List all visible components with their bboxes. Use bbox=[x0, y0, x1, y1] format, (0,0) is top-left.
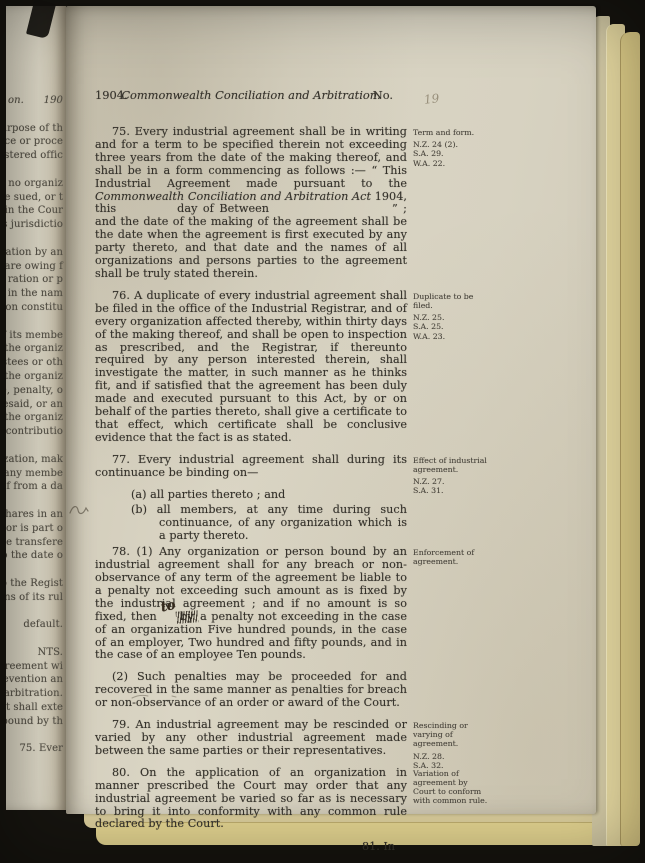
section-75: 75. Every industrial agreement shall be … bbox=[95, 126, 407, 281]
photographed-document-scene: on. 190 urpose of th otice or proce egis… bbox=[0, 0, 645, 863]
section-75-paragraph: 75. Every industrial agreement shall be … bbox=[95, 126, 407, 281]
margin-note-80: Variation of agreement by Court to confo… bbox=[413, 769, 489, 809]
handwritten-margin-squiggle bbox=[68, 502, 90, 518]
document-page: 19 1904. Commonwealth Conciliation and A… bbox=[66, 6, 596, 814]
section-78-sub1: 78. (1) Any organization or person bound… bbox=[95, 546, 407, 662]
section-75-between: Between bbox=[219, 202, 269, 215]
margin-note-78-title: Enforcement of agreement. bbox=[413, 548, 489, 566]
act-name-italic: Commonwealth Conciliation and Arbitratio… bbox=[95, 190, 371, 203]
margin-note-77-refs: N.Z. 27. S.A. 31. bbox=[413, 477, 489, 495]
margin-note-77-title: Effect of industrial agreement. bbox=[413, 456, 489, 474]
section-76: 76. A duplicate of every industrial agre… bbox=[95, 290, 407, 445]
catchword: 81. In bbox=[95, 840, 407, 853]
margin-note-79-title: Rescinding or varying of agreement. bbox=[413, 721, 489, 749]
margin-note-76: Duplicate to be filed. N.Z. 25. S.A. 25.… bbox=[413, 292, 489, 341]
corrected-word-wrap: toby bbox=[161, 611, 196, 624]
folio-pencil-mark: 19 bbox=[423, 91, 440, 107]
section-75-text-start: 75. Every industrial agreement shall be … bbox=[95, 125, 407, 190]
section-80-paragraph: 80. On the application of an organizatio… bbox=[95, 767, 407, 832]
page-content: 1904. Commonwealth Conciliation and Arbi… bbox=[95, 88, 407, 853]
section-79: 79. An industrial agreement may be resci… bbox=[95, 719, 407, 758]
facing-page-text-fragments: on. 190 urpose of th otice or proce egis… bbox=[6, 94, 63, 756]
margin-note-75-refs: N.Z. 24 (2). S.A. 29. W.A. 22. bbox=[413, 140, 489, 168]
section-77-item-a: (a) all parties thereto ; and bbox=[95, 489, 407, 502]
page-right-edge-3 bbox=[620, 32, 640, 846]
section-80: 80. On the application of an organizatio… bbox=[95, 767, 407, 832]
section-77-intro: 77. Every industrial agreement shall dur… bbox=[95, 454, 407, 480]
margin-note-77: Effect of industrial agreement. N.Z. 27.… bbox=[413, 456, 489, 496]
margin-note-79: Rescinding or varying of agreement. N.Z.… bbox=[413, 721, 489, 770]
header-number-label: No. bbox=[373, 88, 393, 102]
running-header: 1904. Commonwealth Conciliation and Arbi… bbox=[95, 88, 407, 103]
section-79-paragraph: 79. An industrial agreement may be resci… bbox=[95, 719, 407, 758]
section-75-day-of: day of bbox=[177, 202, 214, 215]
section-76-paragraph: 76. A duplicate of every industrial agre… bbox=[95, 290, 407, 445]
margin-note-76-title: Duplicate to be filed. bbox=[413, 292, 489, 310]
section-78: 78. (1) Any organization or person bound… bbox=[95, 546, 407, 710]
section-78-sub2: (2) Such penalties may be proceeded for … bbox=[95, 671, 407, 710]
section-77: 77. Every industrial agreement shall dur… bbox=[95, 454, 407, 543]
margin-note-78: Enforcement of agreement. bbox=[413, 548, 489, 569]
margin-note-76-refs: N.Z. 25. S.A. 25. W.A. 23. bbox=[413, 313, 489, 341]
margin-note-80-title: Variation of agreement by Court to confo… bbox=[413, 769, 489, 806]
margin-note-75-title: Term and form. bbox=[413, 128, 489, 137]
struck-out-word: by bbox=[178, 610, 196, 623]
margin-note-79-refs: N.Z. 28. S.A. 32. bbox=[413, 752, 489, 770]
section-77-item-b: (b) all members, at any time during such… bbox=[95, 504, 407, 543]
facing-page-edge: on. 190 urpose of th otice or proce egis… bbox=[6, 6, 66, 810]
margin-note-75: Term and form. N.Z. 24 (2). S.A. 29. W.A… bbox=[413, 128, 489, 168]
header-title: Commonwealth Conciliation and Arbitratio… bbox=[121, 88, 380, 102]
